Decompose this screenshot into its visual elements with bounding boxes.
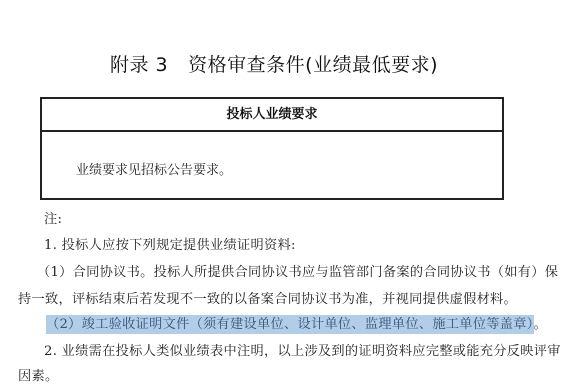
title-prefix: 附录 3: [110, 54, 168, 76]
note-item-1-sub-1-line-1: （1）合同协议书。投标人所提供合同协议书应与监管部门备案的合同协议书（如有）保: [37, 261, 558, 280]
note-item-1-sub-2[interactable]: （2）竣工验收证明文件（须有建设单位、设计单位、监理单位、施工单位等盖章）。: [46, 313, 547, 332]
note-item-2-line-2: 因素。: [18, 365, 58, 384]
title-main: 资格审查条件(业绩最低要求): [188, 54, 438, 76]
table-header: 投标人业绩要求: [42, 99, 502, 132]
sentence-end: 。: [534, 317, 548, 332]
note-item-1-sub-1-line-2: 持一致，评标结束后若发现不一致的以备案合同协议书为准，并视同提供虚假材料。: [18, 288, 517, 307]
page-title: 附录 3资格审查条件(业绩最低要求): [0, 50, 548, 77]
requirements-table: 投标人业绩要求 业绩要求见招标公告要求。: [40, 97, 504, 200]
notes-label: 注:: [44, 208, 62, 227]
selected-text[interactable]: （2）竣工验收证明文件（须有建设单位、设计单位、监理单位、施工单位等盖章）: [46, 315, 534, 334]
note-item-2-line-1: 2. 业绩需在投标人类似业绩表中注明，以上涉及到的证明资料应完整或能充分反映评审: [44, 340, 561, 359]
note-item-1: 1. 投标人应按下列规定提供业绩证明资料:: [44, 234, 296, 253]
table-body-text: 业绩要求见招标公告要求。: [42, 132, 502, 178]
